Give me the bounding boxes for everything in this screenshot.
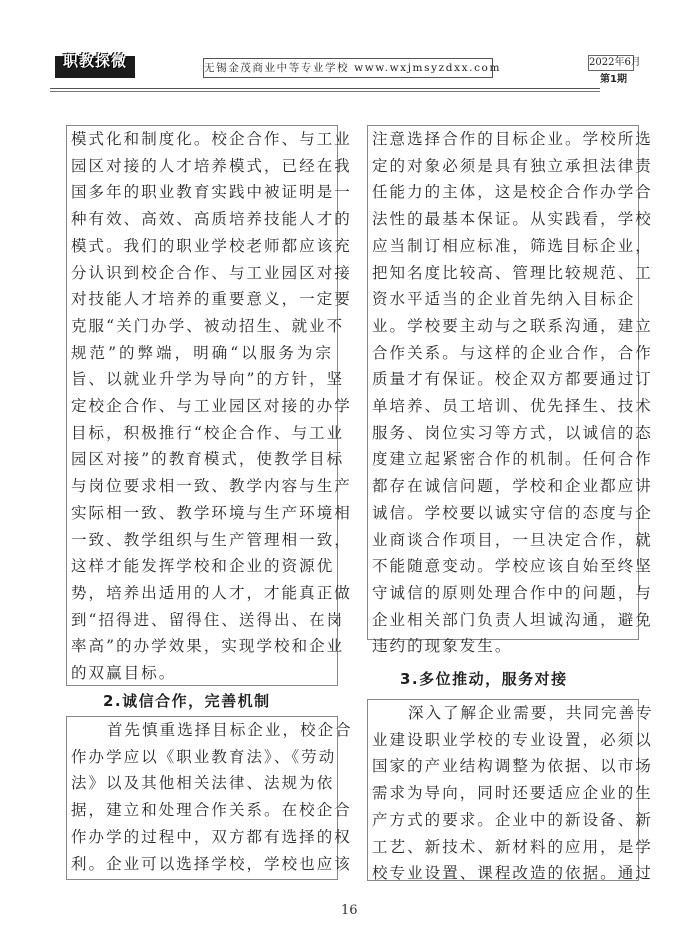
text-line: 据，建立和处理合作关系。在校企合 [71, 797, 333, 824]
text-line: 对技能人才培养的重要意义，一定要 [71, 286, 333, 313]
text-line: 实际相一致、教学环境与生产环境相 [71, 500, 333, 527]
text-line: 企业相关部门负责人坦诚沟通，避免 [372, 607, 634, 634]
right-text-box-1: 注意选择合作的目标企业。学校所选 定的对象必须是具有独立承担法律责 任能力的主体… [367, 125, 639, 640]
page-number: 16 [341, 903, 358, 918]
text-line: 任能力的主体，这是校企合作办学合 [372, 179, 634, 206]
text-line: 违约的现象发生。 [372, 633, 634, 660]
text-line: 规范”的弊端，明确“以服务为宗 [71, 340, 333, 367]
text-line: 诚信。学校要以诚实守信的态度与企 [372, 500, 634, 527]
text-line: 合作关系。与这样的企业合作，合作 [372, 340, 634, 367]
text-line: 与岗位要求相一致、教学内容与生产 [71, 473, 333, 500]
header-rule-bottom [50, 91, 600, 92]
text-line: 作办学的过程中，双方都有选择的权 [71, 824, 333, 851]
text-line: 一致、教学组织与生产管理相一致， [71, 527, 333, 554]
text-line: 的双赢目标。 [71, 660, 333, 687]
text-line: 深入了解企业需要，共同完善专 [372, 700, 634, 727]
text-line: 度建立起紧密合作的机制。任何合作 [372, 446, 634, 473]
text-line: 模式化和制度化。校企合作、与工业 [71, 126, 333, 153]
right-text-box-2: 深入了解企业需要，共同完善专 业建设职业学校的专业设置，必须以 国家的产业结构调… [367, 699, 639, 881]
left-text-box-2: 首先慎重选择目标企业，校企合 作办学应以《职业教育法》、《劳动 法》以及其他相关… [66, 716, 338, 880]
text-line: 都存在诚信问题，学校和企业都应讲 [372, 473, 634, 500]
header-rule-top [50, 88, 600, 89]
text-line: 旨、以就业升学为导向”的方针，坚 [71, 366, 333, 393]
text-line: 这样才能发挥学校和企业的资源优 [71, 553, 333, 580]
text-line: 守诚信的原则处理合作中的问题，与 [372, 580, 634, 607]
text-line: 模式。我们的职业学校老师都应该充 [71, 233, 333, 260]
text-line: 业。学校要主动与之联系沟通，建立 [372, 313, 634, 340]
text-line: 单培养、员工培训、优先择生、技术 [372, 393, 634, 420]
text-line: 园区对接的人才培养模式，已经在我 [71, 153, 333, 180]
text-line: 法》以及其他相关法律、法规为依 [71, 770, 333, 797]
text-line: 国多年的职业教育实践中被证明是一 [71, 179, 333, 206]
text-line: 法性的最基本保证。从实践看，学校 [372, 206, 634, 233]
text-line: 把知名度比较高、管理比较规范、工 [372, 260, 634, 287]
text-line: 需求为导向，同时还要适应企业的生 [372, 780, 634, 807]
issue-date: 2022年6月 [588, 55, 634, 71]
text-line: 率高”的办学效果，实现学校和企业 [71, 633, 333, 660]
text-line: 到“招得进、留得住、送得出、在岗 [71, 607, 333, 634]
text-line: 分认识到校企合作、与工业园区对接 [71, 260, 333, 287]
text-line: 势，培养出适用的人才，才能真正做 [71, 580, 333, 607]
school-website-banner: 无锡金茂商业中等专业学校 www.wxjmsyzdxx.com [203, 58, 493, 78]
text-line: 工艺、新技术、新材料的应用，是学 [372, 834, 634, 861]
text-line: 定校企合作、与工业园区对接的办学 [71, 393, 333, 420]
text-line: 产方式的要求。企业中的新设备、新 [372, 807, 634, 834]
text-line: 利。企业可以选择学校，学校也应该 [71, 851, 333, 878]
section-heading-2: 2.诚信合作，完善机制 [103, 690, 271, 711]
text-line: 种有效、高效、高质培养技能人才的 [71, 206, 333, 233]
text-line: 校专业设置、课程改造的依据。通过 [372, 860, 634, 887]
issue-number: 第1期 [600, 70, 627, 85]
text-line: 园区对接”的教育模式，使教学目标 [71, 446, 333, 473]
column-logo: 职教探微 [55, 56, 135, 78]
section-heading-3: 3.多位推动，服务对接 [400, 668, 568, 689]
text-line: 作办学应以《职业教育法》、《劳动 [71, 744, 333, 771]
text-line: 首先慎重选择目标企业，校企合 [71, 717, 333, 744]
text-line: 服务、岗位实习等方式，以诚信的态 [372, 420, 634, 447]
text-line: 业建设职业学校的专业设置，必须以 [372, 727, 634, 754]
left-text-box-1: 模式化和制度化。校企合作、与工业 园区对接的人才培养模式，已经在我 国多年的职业… [66, 125, 338, 686]
text-line: 目标，积极推行“校企合作、与工业 [71, 420, 333, 447]
text-line: 注意选择合作的目标企业。学校所选 [372, 126, 634, 153]
text-line: 业商谈合作项目，一旦决定合作，就 [372, 527, 634, 554]
text-line: 资水平适当的企业首先纳入目标企 [372, 286, 634, 313]
text-line: 国家的产业结构调整为依据、以市场 [372, 753, 634, 780]
text-line: 应当制订相应标准，筛选目标企业， [372, 233, 634, 260]
text-line: 定的对象必须是具有独立承担法律责 [372, 153, 634, 180]
text-line: 克服“关门办学、被动招生、就业不 [71, 313, 333, 340]
text-line: 质量才有保证。校企双方都要通过订 [372, 366, 634, 393]
text-line: 不能随意变动。学校应该自始至终坚 [372, 553, 634, 580]
